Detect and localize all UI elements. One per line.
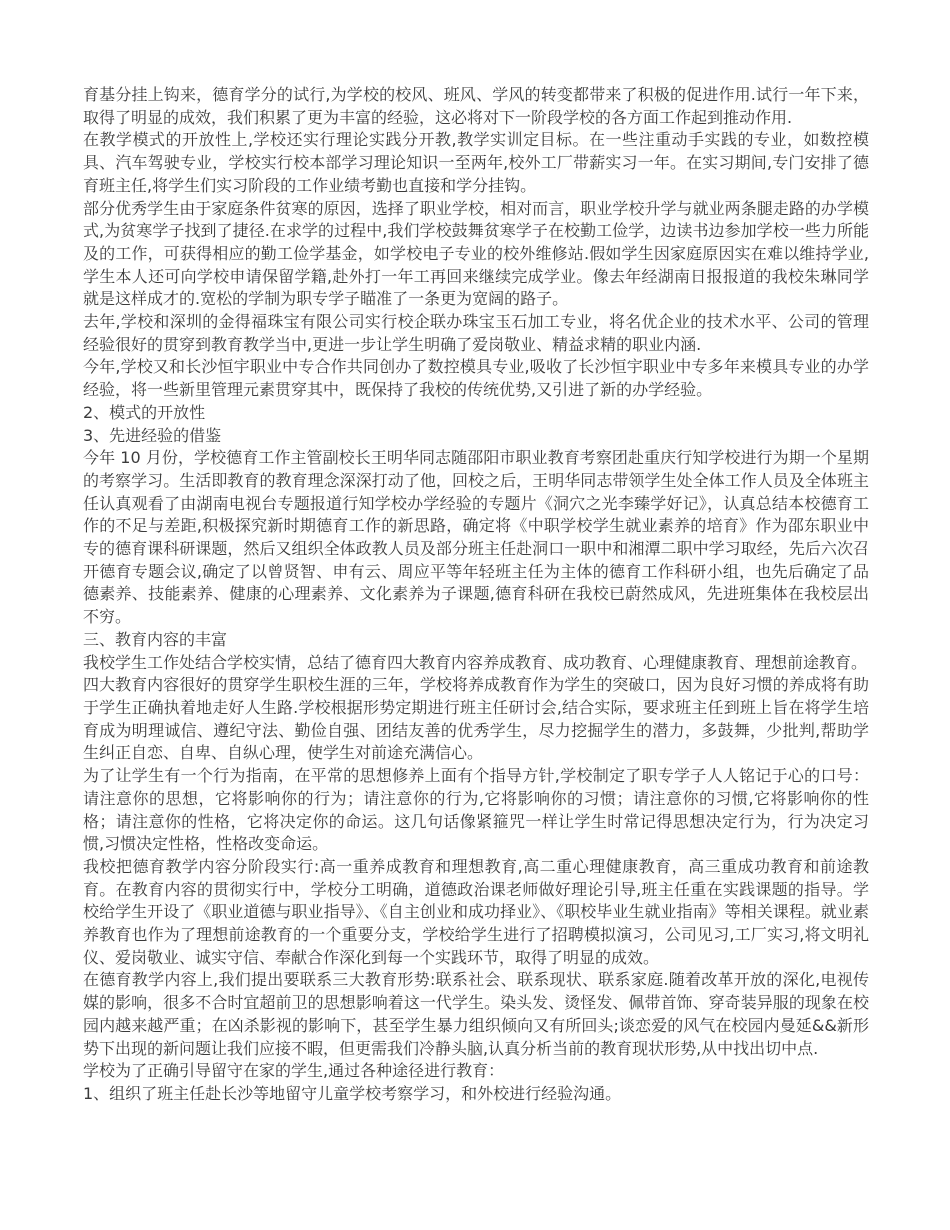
paragraph: 育基分挂上钩来，德育学分的试行,为学校的校风、班风、学风的转变都带来了积极的促进… bbox=[83, 84, 869, 129]
section-heading: 三、教育内容的丰富 bbox=[83, 629, 869, 652]
list-heading: 3、先进经验的借鉴 bbox=[83, 425, 869, 448]
paragraph: 为了让学生有一个行为指南，在平常的思想修养上面有个指导方针,学校制定了职专学子人… bbox=[83, 765, 869, 856]
paragraph: 我校把德育教学内容分阶段实行:高一重养成教育和理想教育,高二重心理健康教育，高三… bbox=[83, 856, 869, 970]
document-page: 育基分挂上钩来，德育学分的试行,为学校的校风、班风、学风的转变都带来了积极的促进… bbox=[0, 0, 950, 1230]
paragraph: 部分优秀学生由于家庭条件贫寒的原因，选择了职业学校，相对而言，职业学校升学与就业… bbox=[83, 198, 869, 312]
paragraph: 我校学生工作处结合学校实情，总结了德育四大教育内容养成教育、成功教育、心理健康教… bbox=[83, 652, 869, 675]
paragraph: 在教学模式的开放性上,学校还实行理论实践分开教,教学实训定目标。在一些注重动手实… bbox=[83, 129, 869, 197]
paragraph: 今年 10 月份，学校德育工作主管副校长王明华同志随邵阳市职业教育考察团赴重庆行… bbox=[83, 447, 869, 629]
paragraph: 四大教育内容很好的贯穿学生职校生涯的三年，学校将养成教育作为学生的突破口，因为良… bbox=[83, 674, 869, 765]
list-item-paragraph: 1、组织了班主任赴长沙等地留守儿童学校考察学习，和外校进行经验沟通。 bbox=[83, 1083, 869, 1106]
document-body: 育基分挂上钩来，德育学分的试行,为学校的校风、班风、学风的转变都带来了积极的促进… bbox=[83, 84, 869, 1106]
paragraph: 今年,学校又和长沙恒宇职业中专合作共同创办了数控模具专业,吸收了长沙恒宇职业中专… bbox=[83, 356, 869, 401]
paragraph: 在德育教学内容上,我们提出要联系三大教育形势:联系社会、联系现状、联系家庭.随着… bbox=[83, 969, 869, 1060]
paragraph: 学校为了正确引导留守在家的学生,通过各种途径进行教育： bbox=[83, 1060, 869, 1083]
paragraph: 去年,学校和深圳的金得福珠宝有限公司实行校企联办珠宝玉石加工专业，将名优企业的技… bbox=[83, 311, 869, 356]
list-heading: 2、模式的开放性 bbox=[83, 402, 869, 425]
